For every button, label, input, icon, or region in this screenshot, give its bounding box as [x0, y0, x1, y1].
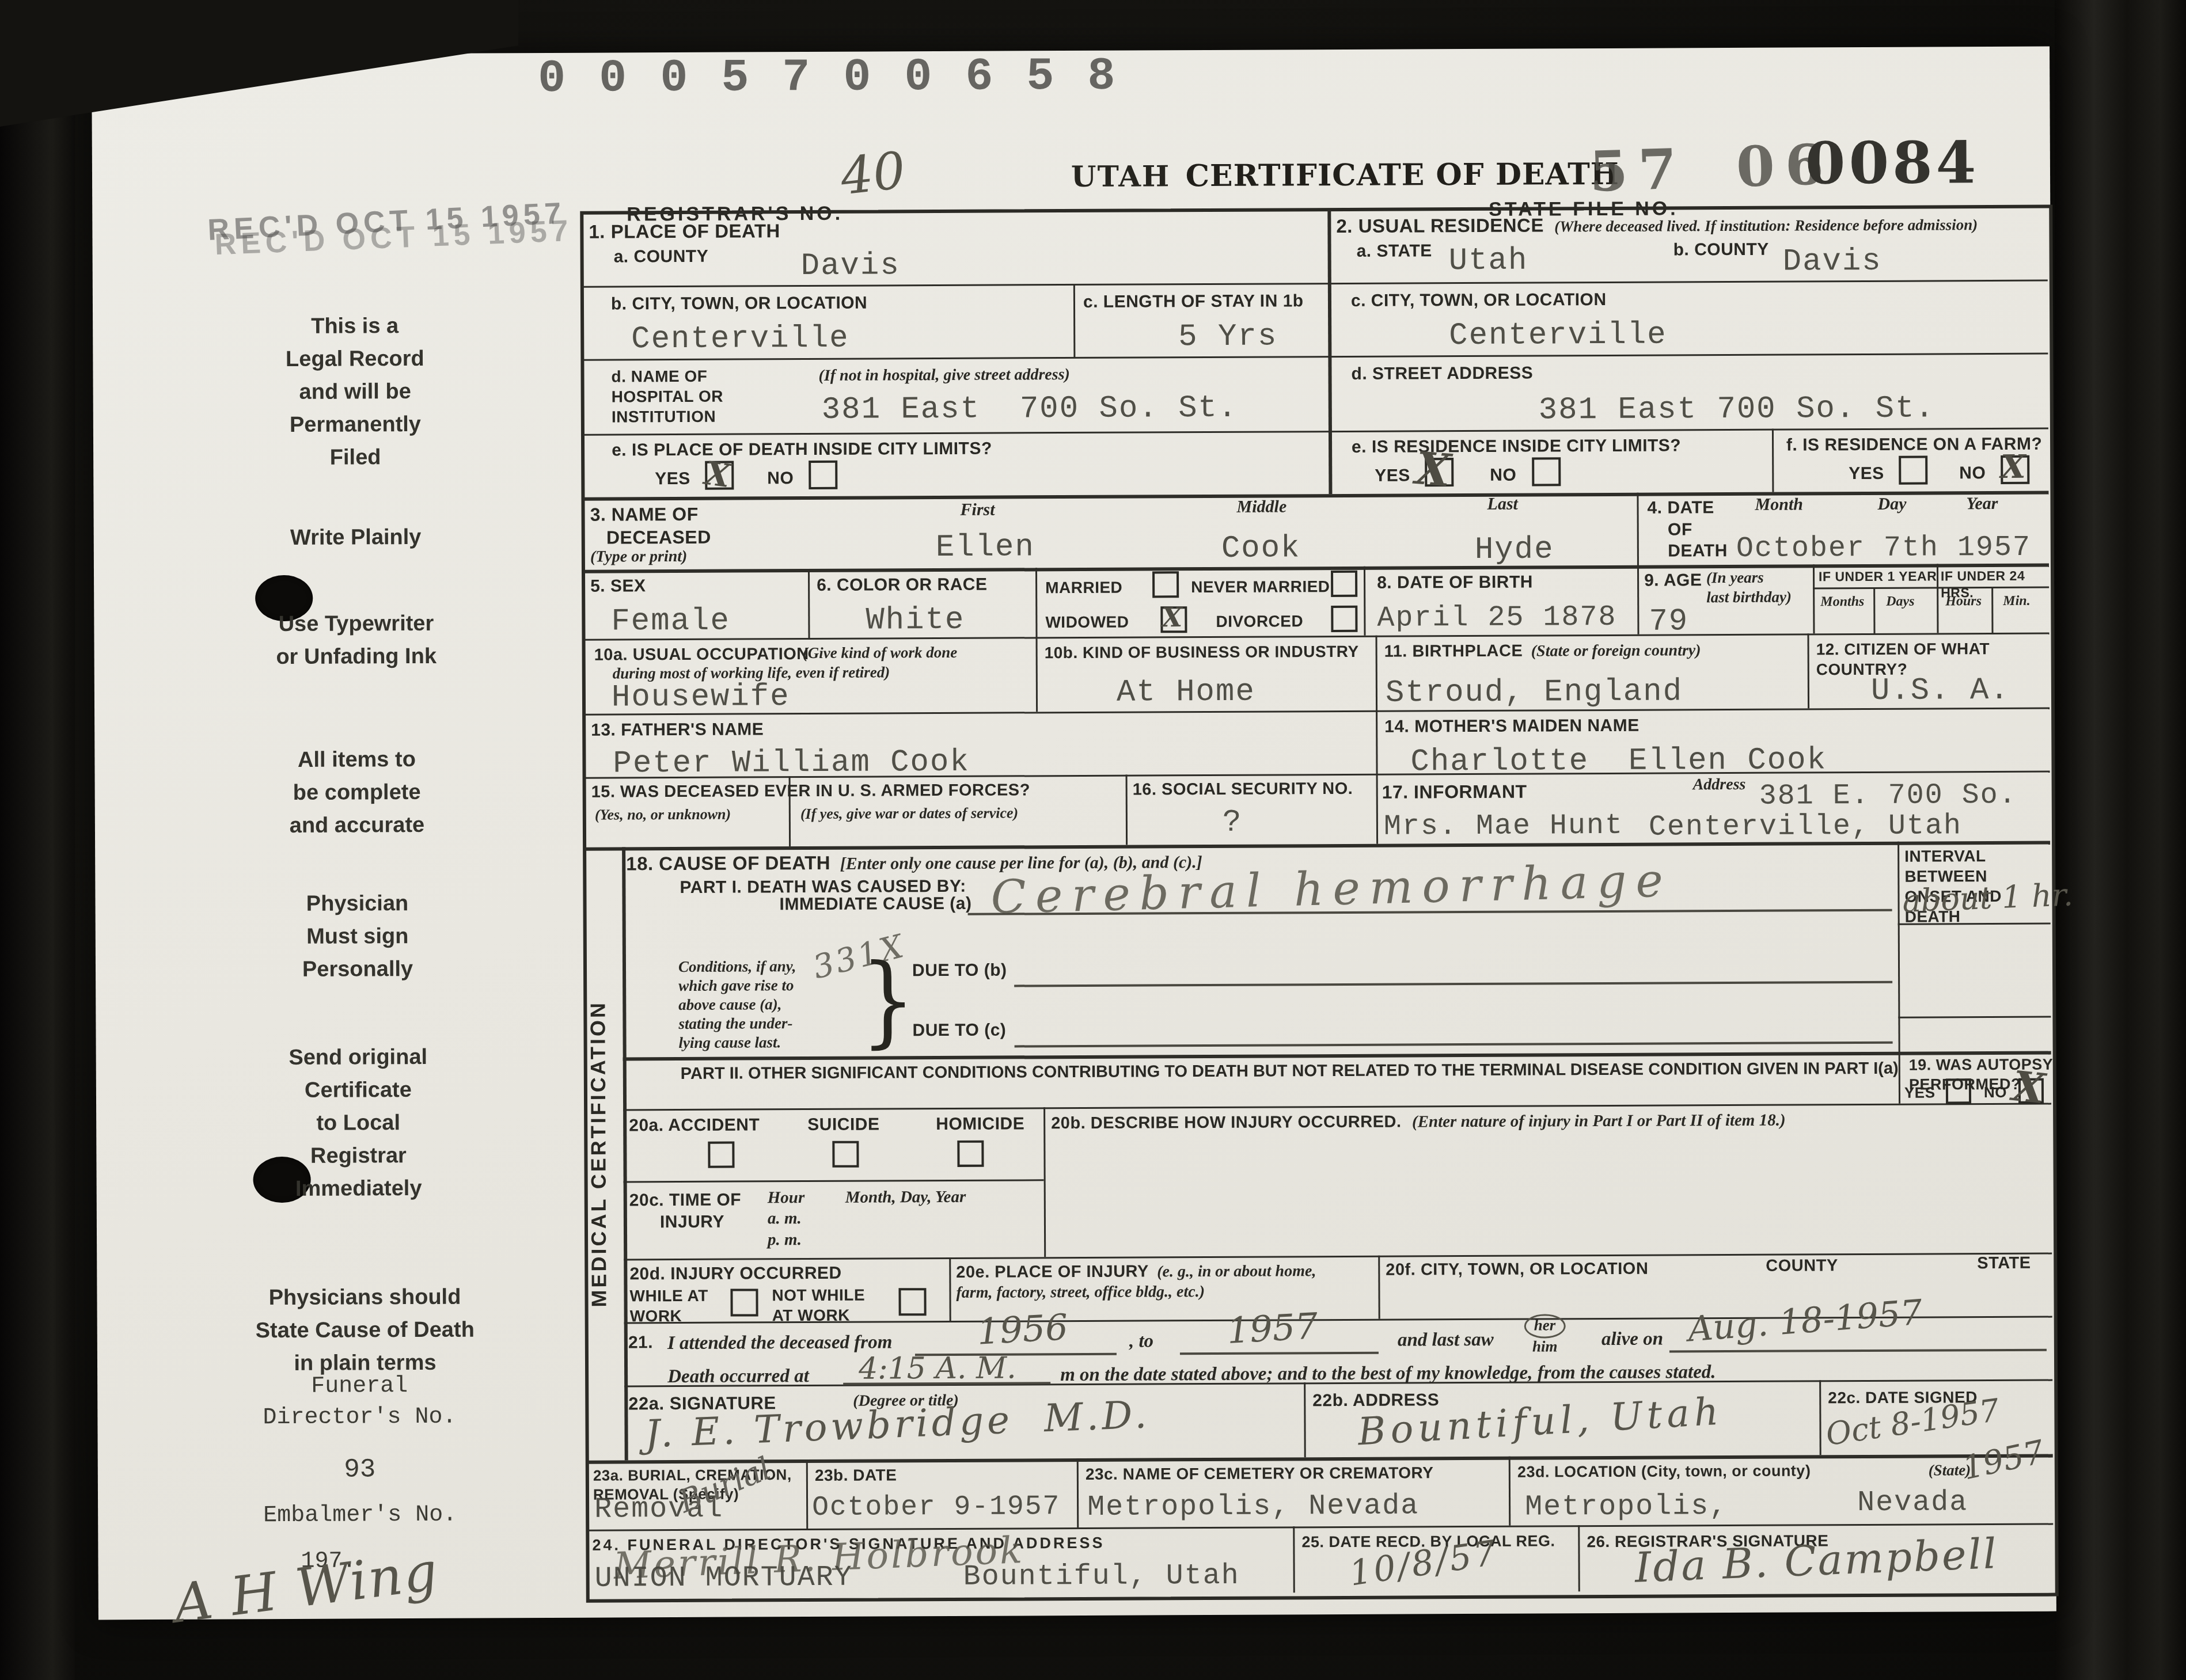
field-23c-label: 23c. NAME OF CEMETERY OR CREMATORY: [1086, 1462, 1434, 1484]
field-17-address-label: Address: [1693, 774, 1746, 795]
field-18-label: 18. CAUSE OF DEATH: [626, 852, 830, 875]
field-2-title-bold: 2. USUAL RESIDENCE: [1336, 214, 1544, 237]
field-18-immediate-label: IMMEDIATE CAUSE (a): [779, 893, 971, 915]
field-1d-note: (If not in hospital, give street address…: [818, 364, 1069, 386]
field-9-days-label: Days: [1886, 593, 1914, 610]
field-12-value: U.S. A.: [1871, 673, 2010, 709]
field-1d-value: 381 East 700 So. St.: [822, 391, 1238, 428]
field-20f-state-label: STATE: [1977, 1253, 2031, 1274]
field-20b-label-row: 20b. DESCRIBE HOW INJURY OCCURRED. (Ente…: [1051, 1110, 1786, 1134]
field-5-label: 5. SEX: [590, 575, 646, 597]
field-2e-label: e. IS RESIDENCE INSIDE CITY LIMITS?: [1352, 435, 1681, 458]
field-1d-label: d. NAME OF HOSPITAL OR INSTITUTION: [611, 366, 723, 427]
grid-line: [1819, 1380, 1821, 1455]
field-17-address-value2: Centerville, Utah: [1649, 809, 1962, 844]
margin-send-original: Send original Certificate to Local Regis…: [234, 1040, 483, 1206]
grid-line: [949, 1257, 951, 1321]
margin-use-typewriter: Use Typewriter or Unfading Ink: [218, 607, 494, 674]
registrars-no-value: 40: [838, 145, 908, 203]
field-10b-label: 10b. KIND OF BUSINESS OR INDUSTRY: [1045, 641, 1359, 663]
field-4-month-label: Month: [1755, 493, 1803, 515]
field-20f-county-label: COUNTY: [1766, 1255, 1838, 1276]
field-7-widowed-label: WIDOWED: [1045, 612, 1129, 633]
field-21-her-circled: her: [1524, 1314, 1566, 1339]
left-book-edge: [0, 0, 75, 1680]
field-21-time-value: 4:15 A. M.: [859, 1353, 1016, 1383]
field-23b-value: October 9-1957: [812, 1491, 1061, 1524]
margin-plain-terms: Physicians should State Cause of Death i…: [192, 1280, 538, 1381]
field-11-label-row: 11. BIRTHPLACE (State or foreign country…: [1384, 640, 1701, 662]
title-state: UTAH: [1071, 159, 1170, 193]
field-21-to-value: 1957: [1226, 1308, 1319, 1349]
field-21-number: 21.: [628, 1332, 653, 1354]
field-23c-value: Metropolis, Nevada: [1087, 1489, 1419, 1524]
field-3-last-label: Last: [1487, 493, 1518, 515]
grid-line: [1126, 775, 1128, 845]
grid-line: [1578, 1525, 1580, 1591]
field-11-value: Stroud, England: [1386, 674, 1683, 711]
field-21-text2: , to: [1129, 1329, 1153, 1353]
field-7-divorced-label: DIVORCED: [1216, 611, 1303, 632]
grid-line: [1772, 429, 1774, 492]
field-11-label: 11. BIRTHPLACE: [1384, 642, 1523, 661]
field-21-him: him: [1532, 1338, 1558, 1355]
grid-line: [1937, 564, 1939, 633]
field-23d-label-row: 23d. LOCATION (City, town, or county) (S…: [1517, 1461, 1971, 1482]
field-21-text4: alive on: [1601, 1328, 1663, 1352]
field-18-due-b-label: DUE TO (b): [912, 960, 1007, 982]
field-3-middle-label: Middle: [1236, 496, 1286, 518]
field-6-label: 6. COLOR OR RACE: [817, 574, 988, 596]
field-19-no-label: NO: [1984, 1083, 2007, 1102]
field-20d-label: 20d. INJURY OCCURRED: [629, 1263, 842, 1285]
field-18-brace: }: [860, 943, 916, 1059]
field-18-due-c-label: DUE TO (c): [912, 1020, 1006, 1042]
field-20a-homicide-label: HOMICIDE: [936, 1113, 1024, 1135]
field-1e-yes-label: YES: [655, 468, 690, 490]
margin-signature: A H Wing: [171, 1545, 442, 1631]
field-1b-label: b. CITY, TOWN, OR LOCATION: [611, 292, 867, 315]
margin-write-plainly: Write Plainly: [232, 520, 480, 554]
field-23d-label: 23d. LOCATION (City, town, or county): [1517, 1462, 1811, 1480]
field-17-address-value: 381 E. 700 So.: [1759, 779, 2017, 813]
field-20a-suicide-label: SUICIDE: [807, 1113, 879, 1135]
field-20a-accident-label: 20a. ACCIDENT: [629, 1114, 760, 1136]
field-1c-label: c. LENGTH OF STAY IN 1b: [1083, 290, 1304, 313]
interval-value-handwriting: about 1 hr.: [1902, 879, 2074, 917]
field-2-title-note: (Where deceased lived. If institution: R…: [1554, 216, 1978, 235]
grid-line: [1304, 1382, 1306, 1457]
field-15-note1: (Yes, no, or unknown): [595, 805, 731, 825]
field-1b-value: Centerville: [631, 321, 849, 358]
field-2a-value: Utah: [1449, 244, 1528, 280]
field-2f-no-mark: X: [2001, 451, 2026, 483]
field-7-married-label: MARRIED: [1045, 577, 1122, 598]
margin-physician-sign: Physician Must sign Personally: [233, 887, 481, 986]
field-16-value: ?: [1223, 805, 1243, 841]
field-20d-while-checkbox: [730, 1288, 758, 1316]
field-9-label: 9. AGE: [1644, 569, 1702, 591]
field-21-text3: and last saw: [1398, 1328, 1494, 1352]
field-6-value: White: [866, 603, 965, 639]
field-20e-label-row: 20e. PLACE OF INJURY (e. g., in or about…: [956, 1260, 1371, 1303]
field-3-first-label: First: [960, 499, 995, 521]
field-1e-no-label: NO: [767, 467, 794, 489]
field-20f-label: 20f. CITY, TOWN, OR LOCATION: [1386, 1259, 1648, 1280]
field-3-middle-value: Cook: [1221, 531, 1301, 567]
title-main: CERTIFICATE OF DEATH: [1185, 157, 1619, 193]
field-18-conditions-note: Conditions, if any, which gave rise to a…: [678, 957, 796, 1052]
field-20b-label: 20b. DESCRIBE HOW INJURY OCCURRED.: [1051, 1113, 1401, 1133]
field-1e-label: e. IS PLACE OF DEATH INSIDE CITY LIMITS?: [612, 438, 992, 461]
field-20c-hour-label: Hour a. m. p. m.: [768, 1187, 805, 1250]
field-9-min-label: Min.: [2003, 592, 2030, 610]
field-2f-yes-checkbox: [1899, 456, 1927, 485]
field-14-label: 14. MOTHER'S MAIDEN NAME: [1384, 715, 1639, 738]
field-10b-value: At Home: [1117, 675, 1255, 711]
field-20b-note: (Enter nature of injury in Part I or Par…: [1412, 1111, 1786, 1131]
field-13-value: Peter William Cook: [613, 745, 970, 782]
field-2e-no-label: NO: [1490, 465, 1516, 486]
field-9-hours-label: Hours: [1945, 592, 1982, 610]
field-1e-no-checkbox: [809, 461, 837, 489]
field-1a-value: Davis: [801, 248, 900, 284]
field-17-name-value: Mrs. Mae Hunt: [1384, 809, 1623, 843]
scanned-death-certificate: { "scan": { "top_stamp_number": "0005700…: [0, 0, 2186, 1680]
document-number-stamp: 0005700658: [538, 50, 1148, 105]
field-7-married-checkbox: [1152, 571, 1179, 598]
field-10a-note: (Give kind of work done during most of w…: [613, 643, 958, 683]
grid-line: [1073, 284, 1076, 357]
funeral-director-no-label: Funeral Director's No.: [236, 1370, 483, 1434]
grid-line: [1873, 587, 1875, 633]
field-2d-label: d. STREET ADDRESS: [1351, 363, 1533, 385]
grid-line: [1364, 567, 1366, 636]
grid-line: [808, 569, 810, 638]
field-3-note: (Type or print): [590, 546, 688, 567]
field-20a-homicide-checkbox: [957, 1141, 984, 1167]
field-20c-label: 20c. TIME OF INJURY: [629, 1189, 742, 1233]
field-9-months-label: Months: [1820, 593, 1864, 610]
funeral-director-no-value: 93: [236, 1451, 484, 1488]
field-19-yes-checkbox: [1946, 1078, 1971, 1104]
field-9-under1-label: IF UNDER 1 YEAR: [1819, 568, 1937, 585]
field-1c-value: 5 Yrs: [1178, 319, 1277, 355]
grid-line: [806, 1459, 809, 1529]
field-19-no-mark: X: [2010, 1065, 2047, 1109]
field-13-label: 13. FATHER'S NAME: [591, 719, 764, 741]
grid-line: [1293, 1526, 1295, 1592]
field-15-note2: (If yes, give war or dates of service): [800, 804, 1018, 823]
field-20a-suicide-checkbox: [832, 1141, 859, 1168]
field-23b-label: 23b. DATE: [815, 1465, 897, 1485]
field-21-her-him: her him: [1524, 1314, 1566, 1355]
field-9-note: (In years last birthday): [1706, 568, 1792, 607]
field-4-year-label: Year: [1966, 493, 1998, 515]
field-19-yes-label: YES: [1904, 1083, 1935, 1102]
field-11-note: (State or foreign country): [1531, 641, 1701, 660]
field-9-value: 79: [1649, 604, 1688, 640]
field-24-value: UNION MORTUARY Bountiful, Utah: [595, 1560, 1240, 1595]
grid-line: [1378, 1256, 1380, 1319]
field-2e-no-checkbox: [1532, 457, 1561, 486]
field-3-label: 3. NAME OF DECEASED: [590, 503, 711, 549]
field-2c-value: Centerville: [1449, 317, 1667, 354]
field-15-label: 15. WAS DECEASED EVER IN U. S. ARMED FOR…: [591, 780, 1030, 803]
field-1e-yes-mark: X: [703, 457, 733, 492]
field-2-title: 2. USUAL RESIDENCE (Where deceased lived…: [1336, 211, 1978, 238]
margin-all-items: All items to be complete and accurate: [233, 743, 481, 842]
field-5-value: Female: [611, 604, 730, 640]
field-20d-while-label: WHILE AT WORK: [629, 1286, 708, 1326]
grid-line: [1808, 633, 1810, 708]
margin-legal-record: This is a Legal Record and will be Perma…: [231, 310, 479, 475]
grid-line: [1077, 1458, 1079, 1527]
field-2d-value: 381 East 700 So. St.: [1539, 391, 1935, 428]
field-7-divorced-checkbox: [1331, 606, 1357, 632]
certificate-paper: 0005700658 REC'D OCT 15 1957 REC'D OCT 1…: [92, 47, 2056, 1620]
field-20a-accident-checkbox: [708, 1142, 734, 1168]
field-2b-value: Davis: [1783, 244, 1882, 280]
field-2a-label: a. STATE: [1357, 240, 1432, 262]
field-4-day-label: Day: [1877, 493, 1906, 515]
field-23d-state-value: Nevada: [1857, 1486, 1968, 1519]
field-3-first-value: Ellen: [936, 530, 1035, 566]
field-21-text6: m on the date stated above; and to the b…: [1060, 1360, 1716, 1387]
field-8-label: 8. DATE OF BIRTH: [1377, 572, 1533, 594]
field-17-label: 17. INFORMANT: [1382, 780, 1527, 804]
field-2e-yes-label: YES: [1375, 465, 1410, 486]
grid-line: [1813, 564, 1815, 633]
field-8-value: April 25 1878: [1377, 601, 1616, 635]
field-2f-no-label: NO: [1959, 462, 1986, 484]
field-21-text5: Death occurred at: [667, 1364, 809, 1389]
field-7-never-label: NEVER MARRIED: [1191, 576, 1330, 597]
embalmer-no-label: Embalmer's No.: [222, 1499, 498, 1531]
field-2b-label: b. COUNTY: [1673, 239, 1769, 261]
book-spine-edge: [2055, 0, 2186, 1680]
state-file-stamp-right: 0084: [1805, 128, 1980, 197]
field-16-label: 16. SOCIAL SECURITY NO.: [1133, 778, 1353, 800]
field-20c-mdy-label: Month, Day, Year: [845, 1187, 966, 1208]
field-7-never-checkbox: [1331, 571, 1357, 597]
field-14-value: Charlotte Ellen Cook: [1410, 743, 1827, 780]
field-1-title: 1. PLACE OF DEATH: [589, 219, 780, 244]
field-4-label: 4. DATE OF DEATH: [1647, 497, 1727, 562]
field-20d-notwhile-label: NOT WHILE AT WORK: [772, 1285, 865, 1326]
medical-certification-strip: MEDICAL CERTIFICATION: [585, 853, 624, 1454]
field-2c-label: c. CITY, TOWN, OR LOCATION: [1351, 289, 1607, 311]
field-3-last-value: Hyde: [1475, 532, 1554, 568]
state-file-stamp-left: 57 06: [1588, 132, 1835, 204]
field-2f-yes-label: YES: [1849, 463, 1884, 485]
grid-line: [1509, 1457, 1511, 1526]
field-23d-city-value: Metropolis,: [1525, 1490, 1728, 1524]
field-7-widowed-mark: X: [1162, 604, 1182, 630]
field-10a-value: Housewife: [612, 679, 790, 716]
field-21-from-value: 1956: [976, 1309, 1069, 1350]
field-4-value: October 7th 1957: [1736, 531, 2031, 566]
field-1a-label: a. COUNTY: [614, 246, 709, 268]
field-20d-notwhile-checkbox: [898, 1288, 926, 1316]
field-20e-label: 20e. PLACE OF INJURY: [956, 1262, 1149, 1281]
field-2e-yes-mark: X: [1414, 446, 1452, 494]
